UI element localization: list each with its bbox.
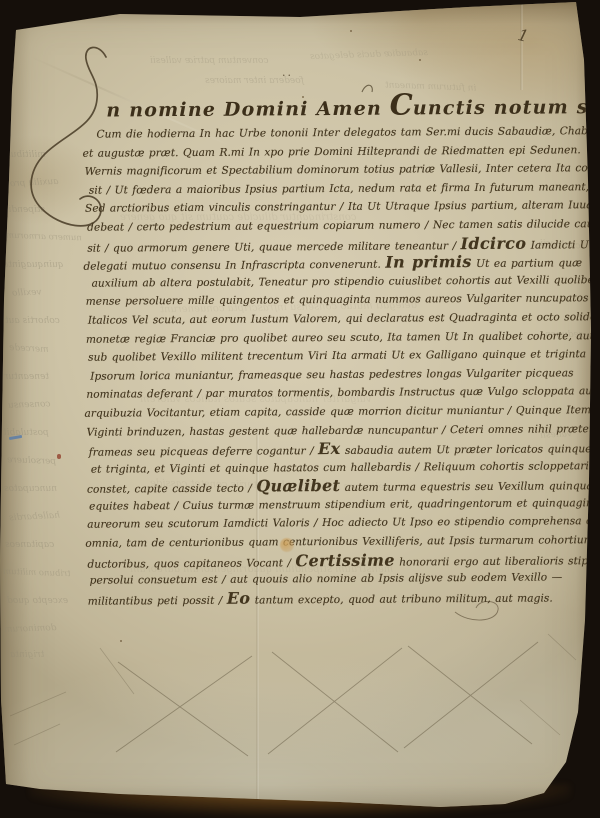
bleedthrough-fragment: cohortis aut (5, 316, 60, 326)
manuscript-word: omnia, tam de centurionibus quam centuri… (85, 534, 600, 550)
manuscript-word: Ex (318, 439, 341, 458)
manuscript-title: n nomine Domini Amen Cunctis notum sit Q… (106, 86, 570, 123)
manuscript-word: persolui consuetum est / aut quouis alio… (90, 572, 563, 587)
bleedthrough-fragment: mercede (9, 343, 49, 355)
ink-speck (120, 640, 122, 642)
bleedthrough-fragment: triginta (10, 650, 44, 660)
manuscript-word: Viginti brinduzen, hastas gestent quæ ha… (87, 423, 594, 439)
manuscript-word: delegati mutuo consensu In Infrascripta … (83, 259, 385, 273)
manuscript-word: Sed arctioribus etiam vinculis constring… (85, 199, 600, 215)
manuscript-word: In primis (385, 252, 472, 272)
manuscript-word: militantibus peti possit / (88, 595, 227, 608)
bleedthrough-fragment: dominorum (4, 623, 57, 635)
manuscript-word: mense persoluere mille quingentos et qui… (86, 292, 600, 308)
red-margin-mark (57, 454, 61, 459)
bleedthrough-fragment: hallebardis (9, 511, 60, 524)
manuscript-word: autem turma equestris seu Vexillum quinq… (340, 480, 600, 494)
ink-speck (350, 30, 352, 32)
ink-speck (419, 59, 421, 61)
manuscript-word: et augustæ præt. Quam R.mi In xpo prie D… (83, 144, 581, 159)
center-dots: .. (282, 66, 293, 79)
bleedthrough-fragment: teneantur (4, 372, 49, 382)
bleedthrough-fragment: numero armorum (6, 231, 82, 244)
manuscript-word: debeat / certo pedestrium aut equestrium… (87, 218, 600, 234)
bleedthrough-fragment: conventum patriæ vallesii (150, 56, 268, 66)
manuscript-word: auxilium ab altera postulabit, Teneatur … (92, 274, 599, 290)
manuscript-word: sit / Ut fœdera a maioribus Ipsius parti… (89, 181, 589, 196)
manuscript-word: Cum die hodierna In hac Urbe tononii Int… (96, 125, 600, 141)
manuscript-word: arquibuzia Vocitantur, etiam capita, cas… (84, 404, 600, 420)
manuscript-word: equites habeat / Cuius turmæ menstruum s… (89, 497, 600, 513)
manuscript-word: Italicos Vel scuta, aut eorum Iustum Val… (88, 311, 600, 327)
manuscript-word: sub quolibet Vexillo militent trecentum … (88, 348, 586, 363)
manuscript-word: n nomine Domini Amen (106, 98, 390, 122)
bleedthrough-fragment: stipendio (3, 205, 45, 215)
manuscript-line: militantibus peti possit / Eo tantum exc… (88, 587, 574, 609)
photo-backdrop: conventum patriæ vallesiisabaudiæ ducis … (0, 0, 600, 818)
wax-stain (280, 538, 294, 552)
ink-speck (302, 96, 304, 98)
manuscript-word: et triginta, et Viginti et quinque hasta… (91, 460, 598, 476)
bleedthrough-fragment: consensu (8, 399, 51, 410)
parchment-sheet: conventum patriæ vallesiisabaudiæ ducis … (0, 0, 600, 818)
ink-speck (545, 300, 547, 302)
manuscript-word: Eo (227, 588, 251, 607)
bleedthrough-fragment: excepto quod (7, 596, 68, 606)
manuscript-word: Quælibet (256, 476, 340, 496)
manuscript-word: C (390, 87, 413, 121)
manuscript-word: tantum excepto, quod aut tribuno militum… (250, 592, 553, 606)
manuscript-word: constet, capite casside tecto / (87, 483, 256, 496)
manuscript-word: honorarii ergo aut liberalioris stipendi… (395, 555, 600, 569)
manuscript-word: aureorum seu scutorum Iamdicti Valoris /… (87, 515, 600, 531)
bleedthrough-fragment: persoluere (7, 455, 56, 467)
bleedthrough-fragment: militibus (6, 150, 46, 160)
manuscript-word: unctis notum sit (413, 96, 600, 119)
bleedthrough-fragment: quinquaginta (3, 260, 64, 270)
manuscript-word: Ipsorum lorica muniantur, frameasque seu… (90, 367, 573, 382)
manuscript-text-block: n nomine Domini Amen Cunctis notum sit Q… (82, 86, 574, 609)
manuscript-word: Idcirco (461, 233, 527, 252)
manuscript-word: frameas seu picqueas deferre cogantur / (89, 445, 319, 459)
bleedthrough-fragment: tribuno militum (3, 567, 71, 579)
bleedthrough-fragment: auxilia pro (10, 177, 59, 190)
manuscript-word: monetæ regiæ Franciæ pro quolibet aureo … (86, 330, 594, 346)
bleedthrough-fragment: vexillo (12, 287, 42, 298)
manuscript-word: nominatas deferant / par muratos torment… (86, 385, 600, 401)
bleedthrough-fragment: nuncupatos (4, 484, 57, 494)
manuscript-word: Wernis magnificorum et Spectabilium domi… (85, 162, 600, 178)
bleedthrough-fragment: sabaudiæ ducis delegatos (310, 48, 428, 62)
bleedthrough-fragment: capitaneos (5, 540, 54, 550)
manuscript-word: Certissime (295, 550, 394, 570)
manuscript-word: Iamdicti Utrinque (526, 238, 600, 251)
manuscript-word: Ut ea partium quæ (472, 257, 582, 270)
manuscript-word: sabaudia autem Ut præter loricatos quinq… (340, 443, 591, 457)
manuscript-word: ductoribus, quos capitaneos Vocant / (87, 557, 295, 570)
manuscript-lines: Cum die hodierna In hac Urbe tononii Int… (82, 122, 573, 609)
